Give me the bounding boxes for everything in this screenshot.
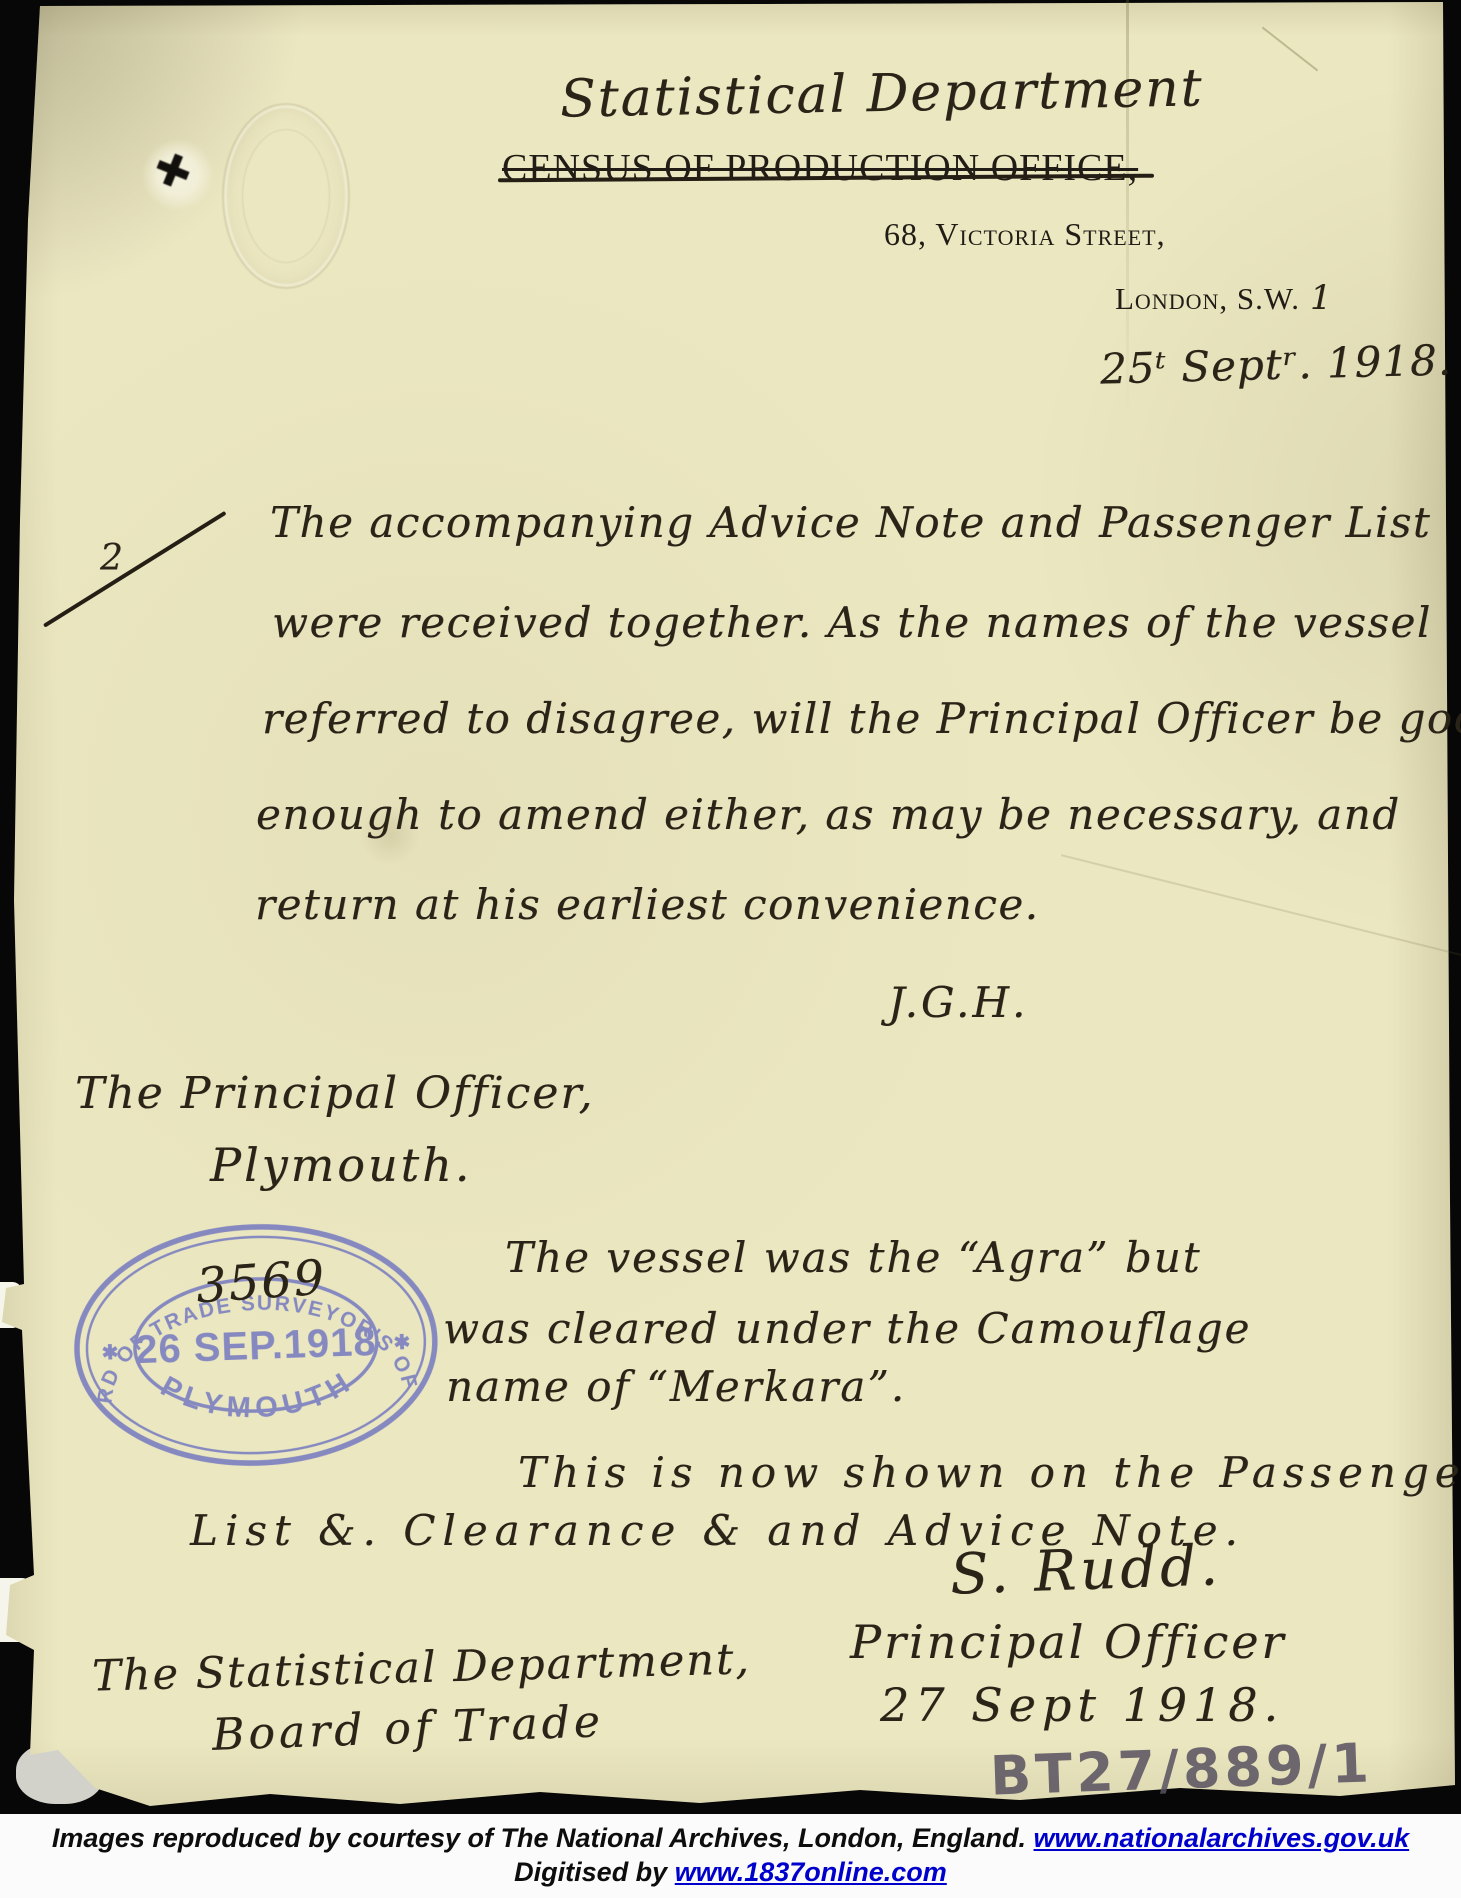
signature: S. Rudd. bbox=[949, 1533, 1223, 1607]
footer-digitised-text: Digitised by bbox=[514, 1857, 667, 1887]
signature-title: Principal Officer bbox=[850, 1615, 1286, 1669]
1837online-link[interactable]: www.1837online.com bbox=[675, 1857, 947, 1887]
reply-line: The vessel was the “Agra” but bbox=[505, 1233, 1202, 1282]
body-line: referred to disagree, will the Principal… bbox=[262, 694, 1461, 743]
signature-date: 27 Sept 1918. bbox=[880, 1678, 1284, 1732]
letterhead-struck-office: CENSUS OF PRODUCTION OFFICE, bbox=[502, 146, 1138, 190]
punch-cross-icon: ✚ bbox=[146, 141, 199, 202]
stamp-asterisk-left: ✱ bbox=[101, 1342, 119, 1365]
reply-line: This is now shown on the Passenger bbox=[518, 1448, 1461, 1497]
letterhead-street: 68, Victoria Street, bbox=[884, 216, 1166, 253]
embossed-seal bbox=[222, 103, 350, 289]
sender-initials: J.G.H. bbox=[888, 978, 1028, 1027]
body-line: enough to amend either, as may be necess… bbox=[256, 790, 1401, 839]
letter-date: 25ᵗ Septʳ. 1918. bbox=[1099, 335, 1452, 393]
letterhead-department: Statistical Department bbox=[560, 58, 1204, 129]
body-line: were received together. As the names of … bbox=[272, 598, 1432, 647]
recipient-line1: The Principal Officer, bbox=[75, 1068, 595, 1119]
national-archives-link[interactable]: www.nationalarchives.gov.uk bbox=[1034, 1823, 1410, 1853]
stamp-serial-number: 3569 bbox=[194, 1250, 328, 1315]
footer-credit-text: Images reproduced by courtesy of The Nat… bbox=[52, 1823, 1026, 1853]
letterhead-city: London, S.W.1 bbox=[1115, 278, 1333, 318]
letterhead-city-number: 1 bbox=[1310, 278, 1333, 318]
body-line: The accompanying Advice Note and Passeng… bbox=[270, 498, 1431, 547]
footer-digitised-line: Digitised by www.1837online.com bbox=[0, 1857, 1461, 1888]
stamp-arc-bottom-text: PLYMOUTH bbox=[154, 1364, 361, 1428]
reply-line: was cleared under the Camouflage bbox=[443, 1304, 1251, 1353]
digitisation-footer: Images reproduced by courtesy of The Nat… bbox=[0, 1814, 1461, 1898]
footer-credit-line: Images reproduced by courtesy of The Nat… bbox=[0, 1823, 1461, 1854]
body-line: return at his earliest convenience. bbox=[255, 880, 1040, 929]
stamp-asterisk-right: ✱ bbox=[393, 1332, 411, 1355]
letterhead-city-text: London, S.W. bbox=[1115, 281, 1300, 316]
recipient-line2: Plymouth. bbox=[210, 1138, 472, 1192]
punch-hole-mark: ✚ bbox=[142, 140, 214, 210]
archive-reference: BT27/889/1 bbox=[989, 1731, 1374, 1807]
stamp-date: 26 SEP.1918 bbox=[134, 1320, 377, 1372]
margin-number: 2 bbox=[100, 538, 123, 579]
svg-text:PLYMOUTH: PLYMOUTH bbox=[154, 1364, 361, 1428]
scanned-letter-page: ✚ Statistical Department CENSUS OF PRODU… bbox=[0, 0, 1461, 1898]
reply-line: name of “Merkara”. bbox=[446, 1362, 906, 1411]
